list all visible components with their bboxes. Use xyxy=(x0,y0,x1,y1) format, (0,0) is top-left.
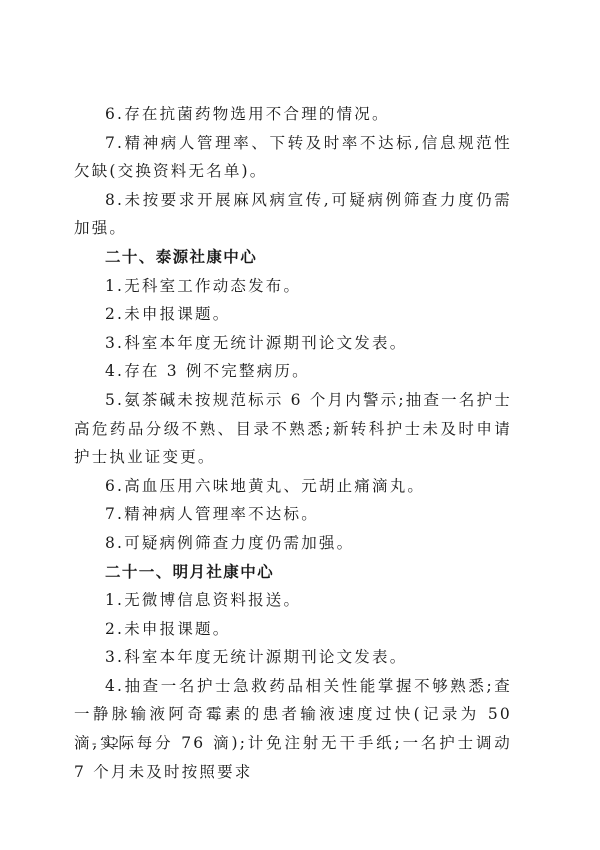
list-item: 8.可疑病例筛查力度仍需加强。 xyxy=(74,529,512,558)
list-item: 3.科室本年度无统计源期刊论文发表。 xyxy=(74,329,512,358)
list-item: 5.氨茶碱未按规范标示 6 个月内警示;抽查一名护士高危药品分级不熟、目录不熟悉… xyxy=(74,386,512,472)
list-item: 4.抽查一名护士急救药品相关性能掌握不够熟悉;查一静脉输液阿奇霉素的患者输液速度… xyxy=(74,672,512,786)
section-heading-taiyuan: 二十、泰源社康中心 xyxy=(74,243,512,272)
list-item: 6.高血压用六味地黄丸、元胡止痛滴丸。 xyxy=(74,472,512,501)
list-item: 7.精神病人管理率、下转及时率不达标,信息规范性欠缺(交换资料无名单)。 xyxy=(74,129,512,186)
list-item: 7.精神病人管理率不达标。 xyxy=(74,500,512,529)
list-item: 8.未按要求开展麻风病宣传,可疑病例筛查力度仍需加强。 xyxy=(74,186,512,243)
list-item: 2.未申报课题。 xyxy=(74,300,512,329)
document-body: 6.存在抗菌药物选用不合理的情况。 7.精神病人管理率、下转及时率不达标,信息规… xyxy=(74,100,512,786)
section-heading-mingyue: 二十一、明月社康中心 xyxy=(74,558,512,587)
list-item: 3.科室本年度无统计源期刊论文发表。 xyxy=(74,643,512,672)
list-item: 1.无微博信息资料报送。 xyxy=(74,586,512,615)
list-item: 6.存在抗菌药物选用不合理的情况。 xyxy=(74,100,512,129)
list-item: 2.未申报课题。 xyxy=(74,615,512,644)
page-number: - 32 - xyxy=(92,735,132,751)
list-item: 1.无科室工作动态发布。 xyxy=(74,272,512,301)
list-item: 4.存在 3 例不完整病历。 xyxy=(74,357,512,386)
